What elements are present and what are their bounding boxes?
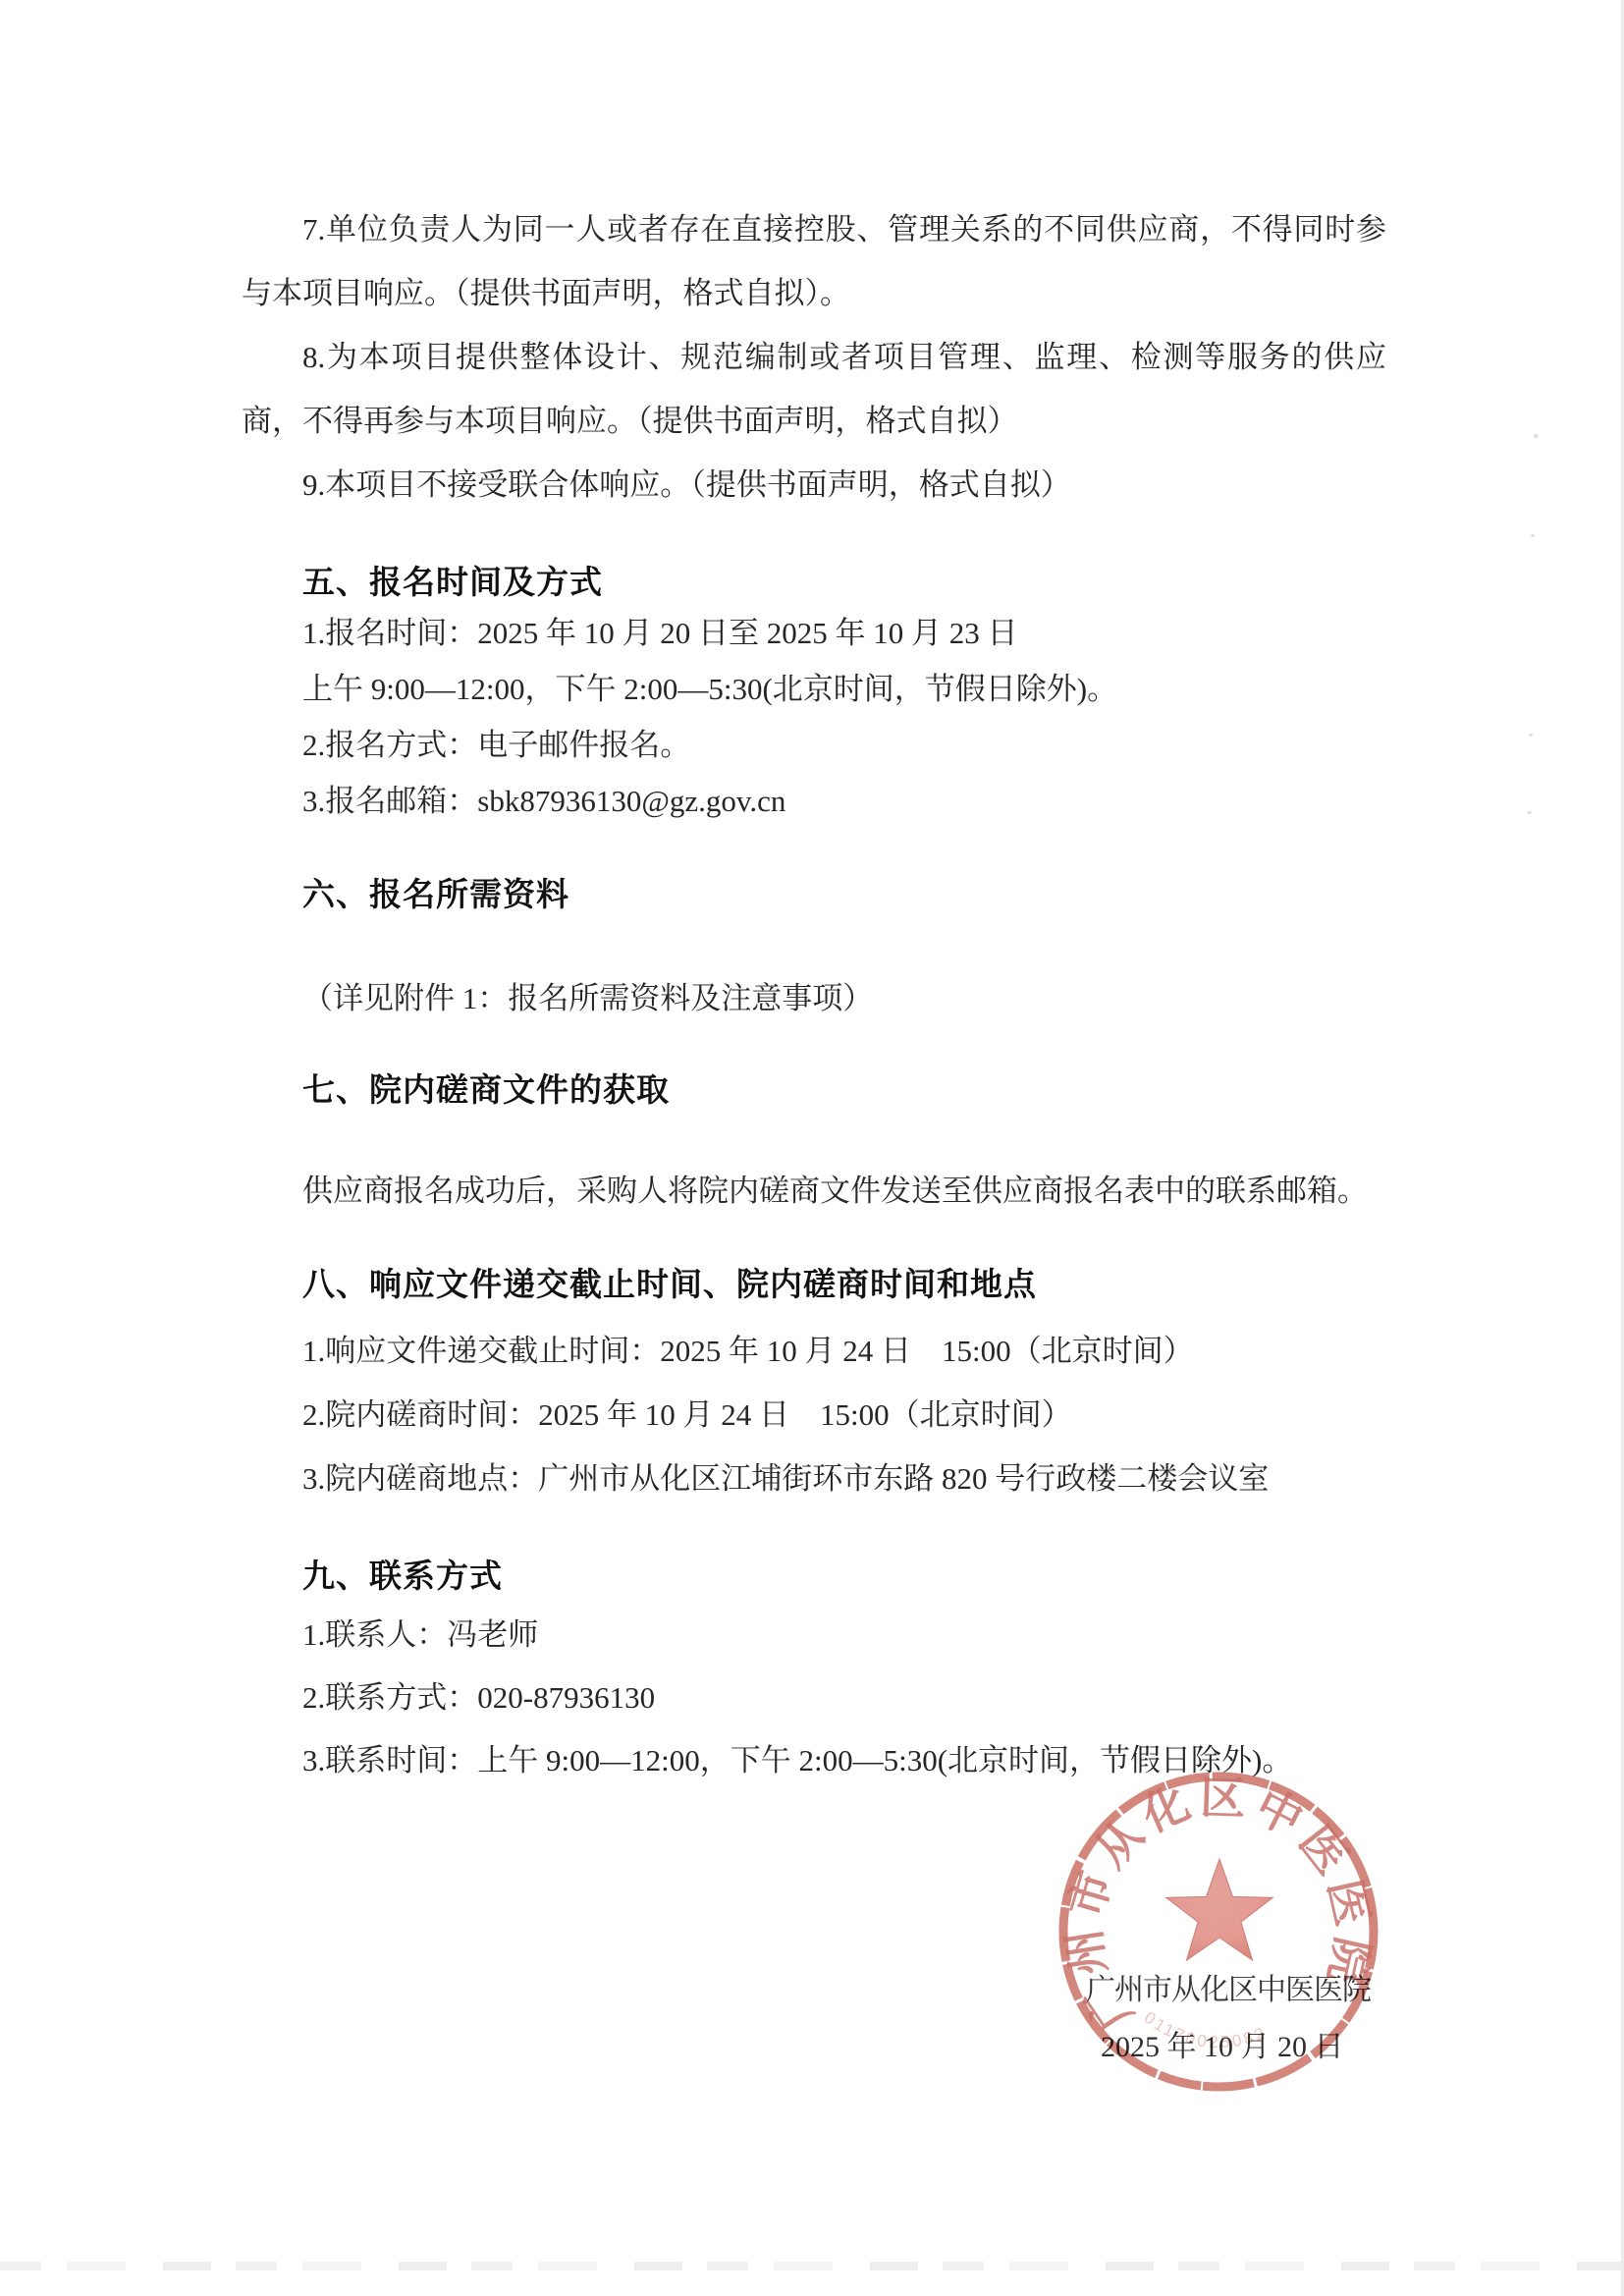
- section-5-line-4: 3.报名邮箱：sbk87936130@gz.gov.cn: [242, 773, 1386, 829]
- section-8-line-2: 2.院内磋商时间：2025 年 10 月 24 日 15:00（北京时间）: [242, 1383, 1386, 1447]
- section-lines-5: 1.报名时间：2025 年 10 月 20 日至 2025 年 10 月 23 …: [242, 605, 1386, 829]
- section-8: 八、响应文件递交截止时间、院内磋商时间和地点1.响应文件递交截止时间：2025 …: [242, 1262, 1386, 1510]
- section-6-line-1: （详见附件 1：报名所需资料及注意事项）: [242, 966, 1386, 1030]
- section-5-line-2: 上午 9:00—12:00，下午 2:00—5:30(北京时间，节假日除外)。: [242, 661, 1386, 717]
- section-heading-8: 八、响应文件递交截止时间、院内磋商时间和地点: [242, 1262, 1386, 1307]
- section-5-line-3: 2.报名方式：电子邮件报名。: [242, 717, 1386, 773]
- section-lines-9: 1.联系人：冯老师2.联系方式：020-879361303.联系时间：上午 9:…: [242, 1604, 1386, 1792]
- section-lines-7: 供应商报名成功后，采购人将院内磋商文件发送至供应商报名表中的联系邮箱。: [242, 1159, 1386, 1223]
- section-heading-9: 九、联系方式: [242, 1554, 1386, 1599]
- scan-noise-band: [0, 2262, 1624, 2270]
- section-9-line-1: 1.联系人：冯老师: [242, 1604, 1386, 1667]
- section-6: 六、报名所需资料（详见附件 1：报名所需资料及注意事项）: [242, 872, 1386, 1030]
- section-heading-6: 六、报名所需资料: [242, 872, 1386, 917]
- section-5: 五、报名时间及方式1.报名时间：2025 年 10 月 20 日至 2025 年…: [242, 560, 1386, 829]
- document-content: 7.单位负责人为同一人或者存在直接控股、管理关系的不同供应商，不得同时参与本项目…: [242, 197, 1386, 1792]
- scan-speck: [1534, 434, 1539, 438]
- section-8-line-1: 1.响应文件递交截止时间：2025 年 10 月 24 日 15:00（北京时间…: [242, 1319, 1386, 1383]
- section-heading-7: 七、院内磋商文件的获取: [242, 1067, 1386, 1113]
- intro-paragraph-3: 9.本项目不接受联合体响应。（提供书面声明，格式自拟）: [242, 453, 1386, 517]
- section-lines-6: （详见附件 1：报名所需资料及注意事项）: [242, 966, 1386, 1030]
- intro-paragraph-1: 7.单位负责人为同一人或者存在直接控股、管理关系的不同供应商，不得同时参与本项目…: [242, 197, 1386, 325]
- scan-speck: [1527, 811, 1532, 814]
- section-7: 七、院内磋商文件的获取供应商报名成功后，采购人将院内磋商文件发送至供应商报名表中…: [242, 1067, 1386, 1223]
- intro-paragraph-2: 8.为本项目提供整体设计、规范编制或者项目管理、监理、检测等服务的供应商，不得再…: [242, 325, 1386, 453]
- sections: 五、报名时间及方式1.报名时间：2025 年 10 月 20 日至 2025 年…: [242, 560, 1386, 1792]
- signature-date: 2025 年 10 月 20 日: [1101, 2022, 1344, 2065]
- section-heading-5: 五、报名时间及方式: [242, 560, 1386, 605]
- scan-speck: [1529, 734, 1533, 737]
- scan-speck: [1531, 534, 1535, 537]
- signature-org: 广州市从化区中医医院: [1086, 1965, 1371, 2008]
- section-9: 九、联系方式1.联系人：冯老师2.联系方式：020-879361303.联系时间…: [242, 1554, 1386, 1792]
- section-lines-8: 1.响应文件递交截止时间：2025 年 10 月 24 日 15:00（北京时间…: [242, 1319, 1386, 1510]
- seal-star-icon: [1166, 1859, 1272, 1960]
- section-7-line-1: 供应商报名成功后，采购人将院内磋商文件发送至供应商报名表中的联系邮箱。: [242, 1159, 1386, 1223]
- section-9-line-2: 2.联系方式：020-87936130: [242, 1667, 1386, 1729]
- intro-paragraphs: 7.单位负责人为同一人或者存在直接控股、管理关系的不同供应商，不得同时参与本项目…: [242, 197, 1386, 517]
- section-5-line-1: 1.报名时间：2025 年 10 月 20 日至 2025 年 10 月 23 …: [242, 605, 1386, 661]
- document-page: 7.单位负责人为同一人或者存在直接控股、管理关系的不同供应商，不得同时参与本项目…: [0, 0, 1624, 2296]
- section-8-line-3: 3.院内磋商地点：广州市从化区江埔街环市东路 820 号行政楼二楼会议室: [242, 1447, 1386, 1510]
